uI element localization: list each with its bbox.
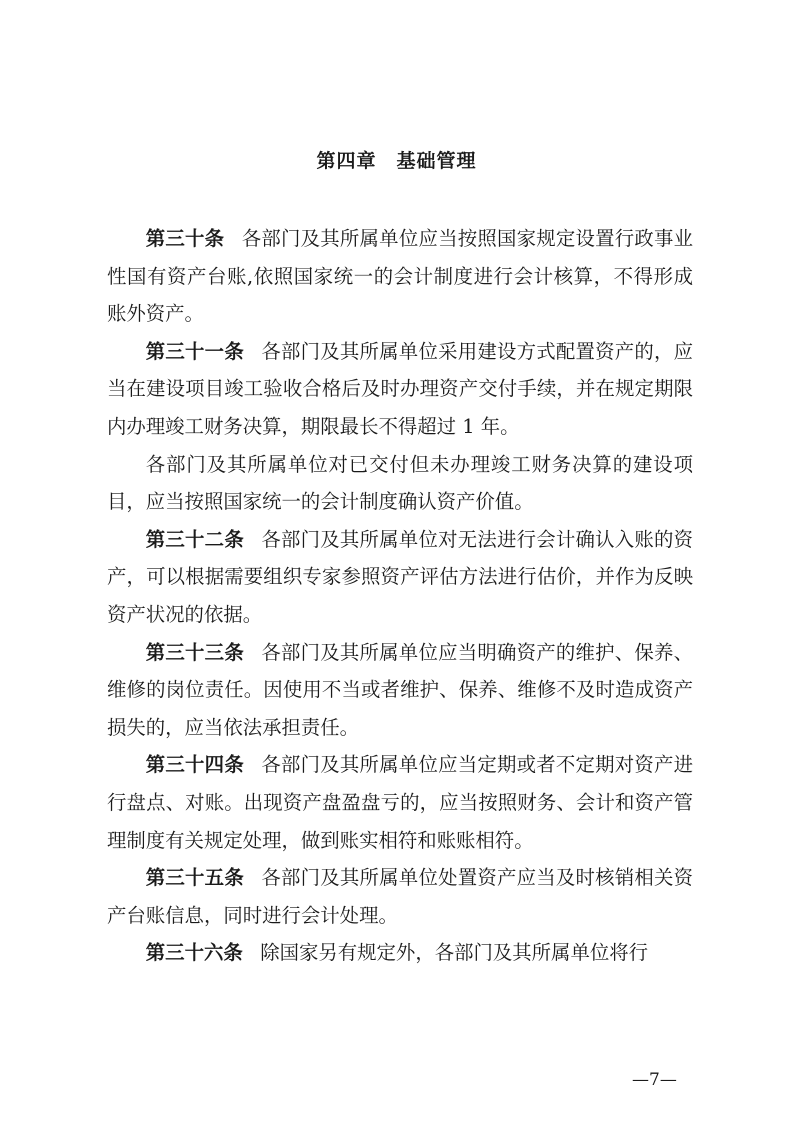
chapter-title: 第四章 基础管理 [0, 146, 793, 173]
article-36: 第三十六条除国家另有规定外，各部门及其所属单位将行 [107, 934, 693, 972]
article-33: 第三十三条各部门及其所属单位应当明确资产的维护、保养、维修的岗位责任。因使用不当… [107, 634, 693, 747]
article-text: 各部门及其所属单位对已交付但未办理竣工财务决算的建设项目，应当按照国家统一的会计… [107, 453, 693, 514]
article-30: 第三十条各部门及其所属单位应当按照国家规定设置行政事业性国有资产台账,依照国家统… [107, 220, 693, 333]
page-number: —7— [632, 1070, 677, 1090]
article-31-paragraph-2: 各部门及其所属单位对已交付但未办理竣工财务决算的建设项目，应当按照国家统一的会计… [107, 446, 693, 521]
article-label: 第三十五条 [146, 866, 244, 889]
article-label: 第三十条 [146, 227, 225, 250]
article-label: 第三十二条 [146, 528, 244, 551]
article-35: 第三十五条各部门及其所属单位处置资产应当及时核销相关资产台账信息，同时进行会计处… [107, 859, 693, 934]
article-label: 第三十三条 [146, 641, 244, 664]
article-34: 第三十四条各部门及其所属单位应当定期或者不定期对资产进行盘点、对账。出现资产盘盈… [107, 746, 693, 859]
article-label: 第三十四条 [146, 753, 244, 776]
document-page: 第四章 基础管理 第三十条各部门及其所属单位应当按照国家规定设置行政事业性国有资… [0, 0, 793, 1122]
article-label: 第三十一条 [146, 340, 244, 363]
article-31: 第三十一条各部门及其所属单位采用建设方式配置资产的，应当在建设项目竣工验收合格后… [107, 333, 693, 446]
document-body: 第三十条各部门及其所属单位应当按照国家规定设置行政事业性国有资产台账,依照国家统… [107, 220, 693, 972]
article-text: 除国家另有规定外，各部门及其所属单位将行 [260, 941, 648, 964]
article-label: 第三十六条 [146, 941, 243, 964]
article-32: 第三十二条各部门及其所属单位对无法进行会计确认入账的资产，可以根据需要组织专家参… [107, 521, 693, 634]
